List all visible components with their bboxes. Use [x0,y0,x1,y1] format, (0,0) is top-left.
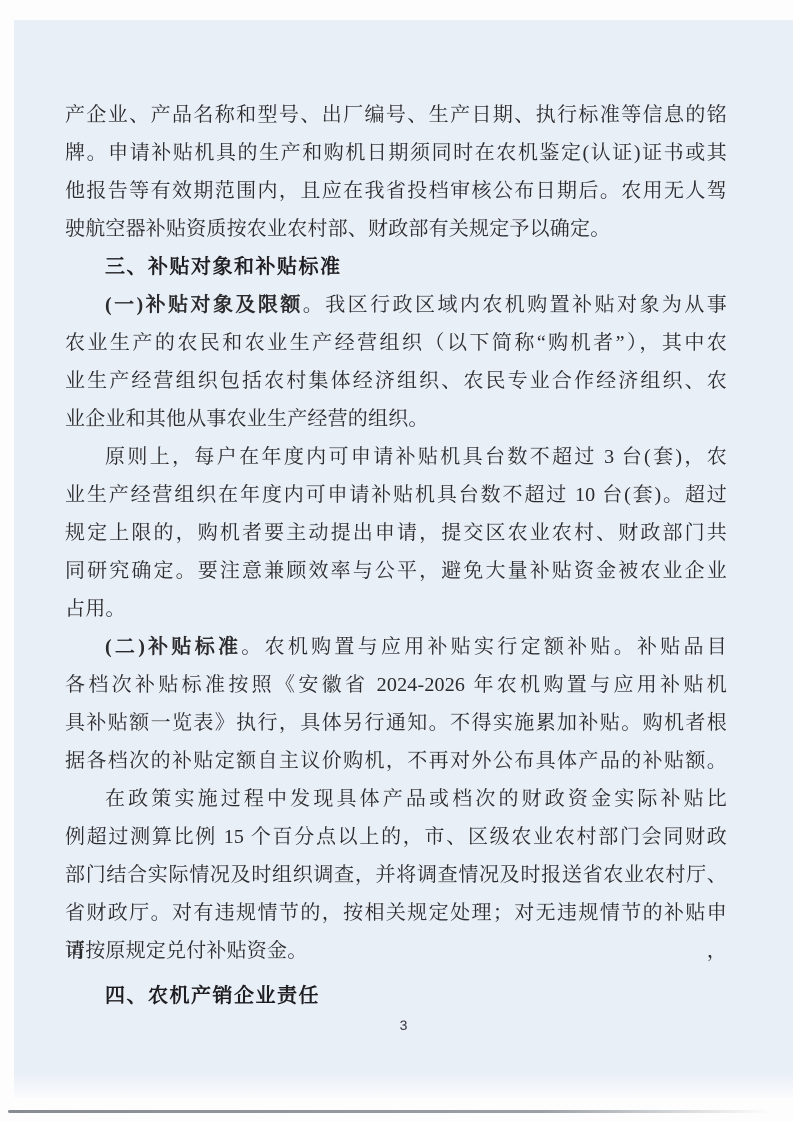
text-line: 产企业、产品名称和型号、出厂编号、生产日期、执行标准等信息的铭 [65,96,727,134]
text-segment: 例超过测算比例 15 个百分点以上的，市、区级农业农村部门会同财政 [65,826,727,848]
text-segment: 牌。申请补贴机具的生产和购机日期须同时在农机鉴定(认证)证书或其 [65,142,727,164]
text-line: 规定上限的，购机者要主动提出申请，提交区农业农村、财政部门共 [65,514,727,552]
text-segment: 。我区行政区域内农机购置补贴对象为从事 [303,294,727,316]
text-line: 在政策实施过程中发现具体产品或档次的财政资金实际补贴比 [65,780,727,818]
text-line: (一)补贴对象及限额。我区行政区域内农机购置补贴对象为从事 [65,286,727,324]
bold-text-segment: 四、农机产销企业责任 [105,985,320,1007]
scan-edge-line [8,1110,770,1113]
text-line: 省财政厅。对有违规情节的，按相关规定处理；对无违规情节的补贴申请， [65,894,727,932]
text-line: 农业生产的农民和农业生产经营组织（以下简称“购机者”），其中农 [65,324,727,362]
text-line: 原则上，每户在年度内可申请补贴机具台数不超过 3 台(套)，农 [65,438,727,476]
text-segment: 据各档次的补贴定额自主议价购机，不再对外公布具体产品的补贴额。 [65,750,727,772]
text-segment: 可按原规定兑付补贴资金。 [65,940,307,962]
text-segment: 驶航空器补贴资质按农业农村部、财政部有关规定予以确定。 [65,218,610,240]
text-line: (二)补贴标准。农机购置与应用补贴实行定额补贴。补贴品目 [65,628,727,666]
paragraph-oversight: 在政策实施过程中发现具体产品或档次的财政资金实际补贴比例超过测算比例 15 个百… [65,780,727,970]
bold-text-segment: 三、补贴对象和补贴标准 [105,256,342,278]
text-line: 业生产经营组织包括农村集体经济组织、农民专业合作经济组织、农 [65,362,727,400]
text-line: 他报告等有效期范围内，且应在我省投档审核公布日期后。农用无人驾 [65,172,727,210]
text-segment: 农业生产的农民和农业生产经营组织（以下简称“购机者”），其中农 [65,332,727,354]
text-line: 具补贴额一览表》执行，具体另行通知。不得实施累加补贴。购机者根 [65,704,727,742]
text-segment: 业企业和其他从事农业生产经营的组织。 [65,408,429,430]
text-segment: 。农机购置与应用补贴实行定额补贴。补贴品目 [241,636,727,658]
text-line: 业企业和其他从事农业生产经营的组织。 [65,400,727,438]
text-segment: 产企业、产品名称和型号、出厂编号、生产日期、执行标准等信息的铭 [65,104,727,126]
text-segment: 规定上限的，购机者要主动提出申请，提交区农业农村、财政部门共 [65,522,727,544]
text-line: 部门结合实际情况及时组织调查，并将调查情况及时报送省农业农村厅、 [65,856,727,894]
text-line: 例超过测算比例 15 个百分点以上的，市、区级农业农村部门会同财政 [65,818,727,856]
text-line: 业生产经营组织在年度内可申请补贴机具台数不超过 10 台(套)。超过 [65,476,727,514]
text-segment: 同研究确定。要注意兼顾效率与公平，避免大量补贴资金被农业企业 [65,560,727,582]
text-segment: 原则上，每户在年度内可申请补贴机具台数不超过 3 台(套)，农 [105,446,727,468]
section-heading-4: 四、农机产销企业责任 [65,977,727,1015]
section-heading-3: 三、补贴对象和补贴标准 [65,248,727,286]
text-segment: 他报告等有效期范围内，且应在我省投档审核公布日期后。农用无人驾 [65,180,727,202]
paragraph-nameplate-requirements: 产企业、产品名称和型号、出厂编号、生产日期、执行标准等信息的铭牌。申请补贴机具的… [65,96,727,248]
text-line: 牌。申请补贴机具的生产和购机日期须同时在农机鉴定(认证)证书或其 [65,134,727,172]
text-segment: 业生产经营组织包括农村集体经济组织、农民专业合作经济组织、农 [65,370,727,392]
paragraph-quantity-limits: 原则上，每户在年度内可申请补贴机具台数不超过 3 台(套)，农业生产经营组织在年… [65,438,727,628]
text-segment: 各档次补贴标准按照《安徽省 2024-2026 年农机购置与应用补贴机 [65,674,727,696]
document-page: 产企业、产品名称和型号、出厂编号、生产日期、执行标准等信息的铭牌。申请补贴机具的… [14,20,793,1098]
paragraph-subsidy-targets: (一)补贴对象及限额。我区行政区域内农机购置补贴对象为从事农业生产的农民和农业生… [65,286,727,438]
document-body: 产企业、产品名称和型号、出厂编号、生产日期、执行标准等信息的铭牌。申请补贴机具的… [65,96,727,1015]
text-segment: 占用。 [65,598,126,620]
page-number: 3 [14,1015,793,1035]
text-line: 占用。 [65,590,727,628]
text-line: 据各档次的补贴定额自主议价购机，不再对外公布具体产品的补贴额。 [65,742,727,780]
text-segment: 业生产经营组织在年度内可申请补贴机具台数不超过 10 台(套)。超过 [65,484,727,506]
bold-text-segment: (一)补贴对象及限额 [105,294,303,316]
bold-text-segment: (二)补贴标准 [105,636,241,658]
text-segment: 部门结合实际情况及时组织调查，并将调查情况及时报送省农业农村厅、 [65,864,727,886]
text-line: 三、补贴对象和补贴标准 [65,248,727,286]
text-line: 各档次补贴标准按照《安徽省 2024-2026 年农机购置与应用补贴机 [65,666,727,704]
text-line: 同研究确定。要注意兼顾效率与公平，避免大量补贴资金被农业企业 [65,552,727,590]
text-line: 驶航空器补贴资质按农业农村部、财政部有关规定予以确定。 [65,210,727,248]
text-line: 四、农机产销企业责任 [65,977,727,1015]
text-segment: 具补贴额一览表》执行，具体另行通知。不得实施累加补贴。购机者根 [65,712,727,734]
text-segment: 在政策实施过程中发现具体产品或档次的财政资金实际补贴比 [105,788,727,810]
paragraph-subsidy-standard: (二)补贴标准。农机购置与应用补贴实行定额补贴。补贴品目各档次补贴标准按照《安徽… [65,628,727,780]
